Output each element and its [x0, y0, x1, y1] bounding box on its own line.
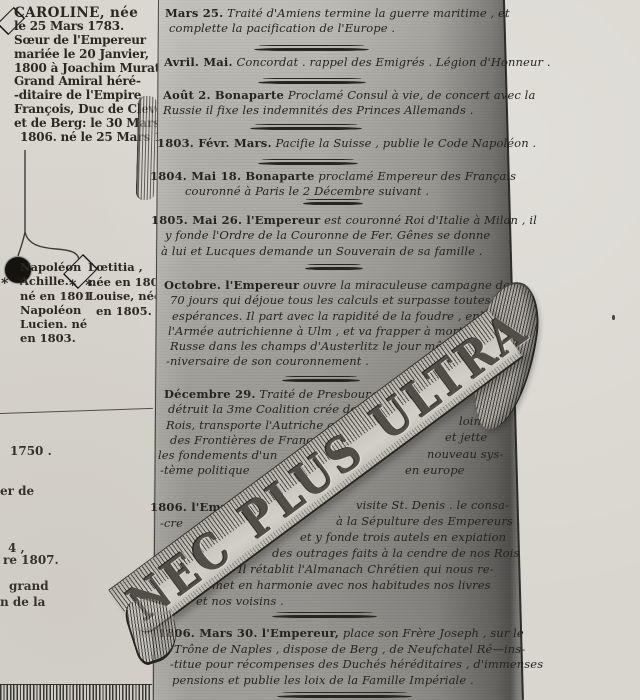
- text-line: à la Sépulture des Empereurs .: [336, 514, 520, 529]
- text-line: en europe: [405, 463, 465, 478]
- divider-flourish: [282, 376, 360, 382]
- entry-text: espérances. Il part avec la rapidité de …: [172, 309, 504, 323]
- entry-text: Proclamé Consul à vie, de concert avec l…: [284, 88, 535, 102]
- entry-text: nouveau sys-: [427, 447, 503, 461]
- entry-date: 1803. Févr. Mars.: [157, 136, 272, 150]
- timeline-entry: 1806. Mars 30. l'Empereur, place son Frè…: [158, 626, 543, 688]
- entry-text: à lui et Lucques demande un Souverain de…: [161, 244, 483, 258]
- entry-text: -met en harmonie avec nos habitudes nos …: [208, 578, 491, 592]
- text-line: Octobre. l'Empereur ouvre la miraculeuse…: [164, 278, 513, 293]
- text-line: et nos voisins .: [196, 594, 284, 609]
- timeline-entry: 1804. Mai 18. Bonaparte proclamé Empereu…: [150, 169, 516, 200]
- divider-flourish: [258, 159, 358, 165]
- entry-text: ouvre la miraculeuse campagne de: [299, 278, 510, 292]
- entry-text: -niversaire de son couronnement .: [166, 354, 369, 368]
- entry-text: Concordat . rappel des Emigrés . Légion …: [233, 55, 551, 69]
- entry-text: à la Sépulture des Empereurs .: [336, 514, 520, 528]
- timeline-entry: 1803. Févr. Mars. Pacifie la Suisse , pu…: [157, 136, 536, 151]
- entry-date: Octobre. l'Empereur: [164, 278, 299, 292]
- entry-text: Trône de Naples , dispose de Berg , de N…: [174, 642, 525, 656]
- text-line: 1805. Mai 26. l'Empereur est couronné Ro…: [151, 213, 537, 228]
- text-line: couronné à Paris le 2 Décembre suivant .: [185, 184, 516, 199]
- text-line: -met en harmonie avec nos habitudes nos …: [208, 578, 491, 593]
- text-line: et jette: [445, 430, 487, 445]
- entry-text: Russie il fixe les indemnités des Prince…: [163, 103, 474, 117]
- divider-flourish: [303, 199, 363, 205]
- entry-text: Traité d'Amiens termine la guerre mariti…: [223, 6, 509, 20]
- text-line: visite St. Denis . le consa-: [356, 498, 509, 513]
- entry-text: détruit la 3me Coalition crée deux: [168, 402, 371, 416]
- text-line: Russie il fixe les indemnités des Prince…: [163, 103, 535, 118]
- entry-text: -cre: [160, 516, 183, 530]
- text-line: et y fonde trois autels en expiation: [300, 530, 506, 545]
- entry-text: et y fonde trois autels en expiation: [300, 530, 506, 544]
- entry-text: proclamé Empereur des Français: [315, 169, 517, 183]
- entry-text: des Frontières de France: [170, 433, 320, 447]
- text-line: 70 jours qui déjoue tous les calculs et …: [170, 293, 513, 308]
- text-line: Août 2. Bonaparte Proclamé Consul à vie,…: [163, 88, 535, 103]
- text-line: Trône de Naples , dispose de Berg , de N…: [174, 642, 543, 658]
- text-line: -cre: [160, 516, 183, 531]
- text-line: 1803. Févr. Mars. Pacifie la Suisse , pu…: [157, 136, 536, 151]
- text-line: 1804. Mai 18. Bonaparte proclamé Empereu…: [150, 169, 516, 184]
- entry-date: Décembre 29.: [164, 387, 256, 401]
- text-line: à lui et Lucques demande un Souverain de…: [161, 244, 537, 259]
- entry-date: Mars 25.: [165, 6, 223, 20]
- entry-text: -tème politique: [160, 463, 250, 477]
- divider-flourish: [305, 264, 363, 270]
- entry-text: place son Frère Joseph , sur le: [339, 626, 524, 640]
- text-line: Avril. Mai. Concordat . rappel des Emigr…: [164, 55, 551, 70]
- text-line: Il rétablit l'Almanach Chrétien qui nous…: [238, 562, 494, 577]
- text-line: 1806. Mars 30. l'Empereur, place son Frè…: [158, 626, 543, 642]
- text-line: des outrages faits à la cendre de nos Ro…: [272, 546, 519, 561]
- entry-text: Il rétablit l'Almanach Chrétien qui nous…: [238, 562, 494, 576]
- entry-text: et jette: [445, 430, 487, 444]
- entry-text: Pacifie la Suisse , publie le Code Napol…: [272, 136, 537, 150]
- entry-date: 1804. Mai 18. Bonaparte: [150, 169, 315, 183]
- timeline-entries: Mars 25. Traité d'Amiens termine la guer…: [0, 0, 640, 700]
- entry-text: Rois, transporte l'Autriche au: [166, 418, 342, 432]
- entry-text: des outrages faits à la cendre de nos Ro…: [272, 546, 519, 560]
- entry-date: 1805. Mai 26. l'Empereur: [151, 213, 320, 227]
- text-line: y fonde l'Ordre de la Couronne de Fer. G…: [165, 228, 537, 243]
- timeline-entry: Avril. Mai. Concordat . rappel des Emigr…: [164, 55, 551, 70]
- entry-text: et nos voisins .: [196, 594, 284, 608]
- entry-date: 1806. Mars 30. l'Empereur,: [158, 626, 339, 640]
- timeline-entry: Mars 25. Traité d'Amiens termine la guer…: [165, 6, 510, 37]
- entry-text: visite St. Denis . le consa-: [356, 498, 509, 512]
- entry-text: complette la pacification de l'Europe .: [169, 21, 395, 35]
- entry-text: 70 jours qui déjoue tous les calculs et …: [170, 293, 511, 307]
- divider-flourish: [277, 692, 412, 698]
- text-line: complette la pacification de l'Europe .: [169, 21, 510, 36]
- timeline-entry: Août 2. Bonaparte Proclamé Consul à vie,…: [163, 88, 535, 119]
- text-line: Mars 25. Traité d'Amiens termine la guer…: [165, 6, 510, 21]
- entry-date: Avril. Mai.: [164, 55, 233, 69]
- text-line: nouveau sys-: [427, 447, 503, 462]
- entry-text: les fondements d'un: [158, 448, 277, 462]
- divider-flourish: [272, 612, 377, 618]
- divider-flourish: [258, 78, 366, 84]
- entry-text: y fonde l'Ordre de la Couronne de Fer. G…: [165, 228, 490, 242]
- divider-flourish: [254, 45, 369, 51]
- entry-date: Août 2. Bonaparte: [163, 88, 284, 102]
- engraving-page: CAROLINE, née le 25 Mars 1783. Sœur de l…: [0, 0, 640, 700]
- text-line: pensions et publie les loix de la Famill…: [172, 673, 543, 689]
- entry-text: en europe: [405, 463, 465, 477]
- text-line: -titue pour récompenses des Duchés héréd…: [170, 657, 543, 673]
- divider-flourish: [250, 124, 362, 130]
- text-line: espérances. Il part avec la rapidité de …: [172, 309, 513, 324]
- entry-text: pensions et publie les loix de la Famill…: [172, 673, 474, 687]
- entry-text: couronné à Paris le 2 Décembre suivant .: [185, 184, 429, 198]
- entry-text: est couronné Roi d'Italie à Milan , il: [320, 213, 537, 227]
- entry-text: -titue pour récompenses des Duchés héréd…: [170, 657, 543, 671]
- timeline-entry: 1805. Mai 26. l'Empereur est couronné Ro…: [151, 213, 537, 259]
